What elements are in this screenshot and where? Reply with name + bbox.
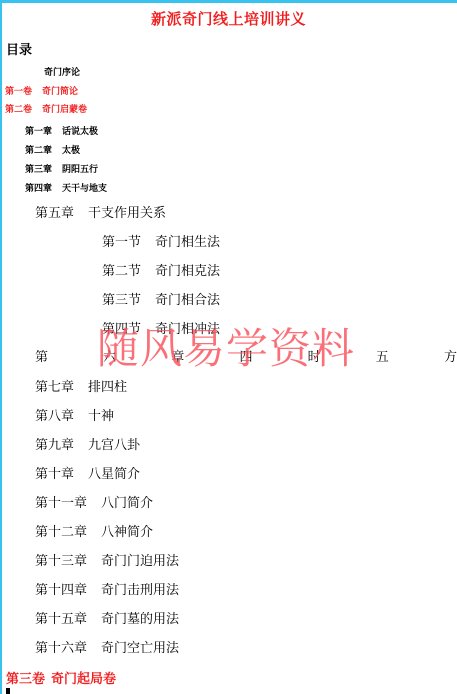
- chapter-number: 第二章: [25, 146, 52, 156]
- section-title: 奇门相合法: [155, 293, 220, 308]
- chapter-number: 第八章: [35, 409, 74, 424]
- toc-chapter-11[interactable]: 第十一章八门简介: [35, 492, 153, 511]
- chapter-number: 第十章: [35, 467, 74, 482]
- toc-chapter-12[interactable]: 第十二章八神简介: [35, 521, 153, 540]
- toc-section-3[interactable]: 第三节奇门相合法: [102, 289, 220, 308]
- chapter-6-char: 第: [35, 346, 48, 365]
- chapter-title: 阴阳五行: [62, 165, 98, 175]
- toc-chapter-15[interactable]: 第十五章奇门墓的用法: [35, 608, 179, 627]
- section-number: 第一节: [102, 235, 141, 250]
- toc-volume-3[interactable]: 第三卷奇门起局卷: [6, 668, 116, 687]
- section-number: 第三节: [102, 293, 141, 308]
- document-title: 新派奇门线上培训讲义: [0, 8, 457, 29]
- volume-title: 奇门起局卷: [51, 672, 116, 687]
- toc-section-1[interactable]: 第一节奇门相生法: [102, 231, 220, 250]
- toc-chapter-1[interactable]: 第一章话说太极: [25, 124, 98, 137]
- volume-number: 第三卷: [6, 672, 45, 687]
- chapter-number: 第十三章: [35, 554, 87, 569]
- toc-item-preface[interactable]: 奇门序论: [44, 65, 80, 78]
- chapter-title: 话说太极: [62, 127, 98, 137]
- chapter-title: 奇门空亡用法: [101, 641, 179, 656]
- toc-chapter-3[interactable]: 第三章阴阳五行: [25, 162, 98, 175]
- chapter-title: 八神简介: [101, 525, 153, 540]
- watermark: 随风易学资料: [97, 316, 355, 376]
- toc-chapter-9[interactable]: 第九章九宫八卦: [35, 434, 140, 453]
- section-title: 奇门相克法: [155, 264, 220, 279]
- section-title: 奇门相生法: [155, 235, 220, 250]
- chapter-title: 八门简介: [101, 496, 153, 511]
- toc-chapter-14[interactable]: 第十四章奇门击刑用法: [35, 579, 179, 598]
- toc-volume-2[interactable]: 第二卷奇门启蒙卷: [5, 102, 87, 115]
- chapter-number: 第七章: [35, 380, 74, 395]
- toc-chapter-13[interactable]: 第十三章奇门门迫用法: [35, 550, 179, 569]
- chapter-number: 第十六章: [35, 641, 87, 656]
- toc-volume-1[interactable]: 第一卷奇门简论: [5, 84, 78, 97]
- chapter-6-char: 方: [444, 346, 457, 365]
- toc-heading: 目录: [6, 39, 32, 58]
- toc-section-2[interactable]: 第二节奇门相克法: [102, 260, 220, 279]
- chapter-number: 第十二章: [35, 525, 87, 540]
- toc-chapter-4[interactable]: 第四章天干与地支: [25, 181, 107, 194]
- chapter-number: 第四章: [25, 184, 52, 194]
- chapter-title: 天干与地支: [62, 184, 107, 194]
- volume-number: 第二卷: [5, 105, 32, 115]
- chapter-number: 第十一章: [35, 496, 87, 511]
- chapter-title: 奇门门迫用法: [101, 554, 179, 569]
- volume-title: 奇门简论: [42, 87, 78, 97]
- chapter-title: 奇门击刑用法: [101, 583, 179, 598]
- toc-chapter-10[interactable]: 第十章八星简介: [35, 463, 140, 482]
- chapter-number: 第九章: [35, 438, 74, 453]
- chapter-number: 第十四章: [35, 583, 87, 598]
- chapter-title: 奇门墓的用法: [101, 612, 179, 627]
- chapter-6-char: 五: [376, 346, 389, 365]
- toc-chapter-2[interactable]: 第二章太极: [25, 143, 80, 156]
- volume-title: 奇门启蒙卷: [42, 105, 87, 115]
- volume-number: 第一卷: [5, 87, 32, 97]
- chapter-number: 第三章: [25, 165, 52, 175]
- chapter-title: 九宫八卦: [88, 438, 140, 453]
- chapter-title: 排四柱: [88, 380, 127, 395]
- toc-chapter-16[interactable]: 第十六章奇门空亡用法: [35, 637, 179, 656]
- toc-chapter-7[interactable]: 第七章排四柱: [35, 376, 127, 395]
- chapter-number: 第五章: [35, 206, 74, 221]
- section-number: 第二节: [102, 264, 141, 279]
- chapter-number: 第十五章: [35, 612, 87, 627]
- chapter-title: 干支作用关系: [88, 206, 166, 221]
- chapter-title: 太极: [62, 146, 80, 156]
- toc-chapter-8[interactable]: 第八章十神: [35, 405, 114, 424]
- chapter-number: 第一章: [25, 127, 52, 137]
- chapter-title: 八星简介: [88, 467, 140, 482]
- toc-chapter-5[interactable]: 第五章干支作用关系: [35, 202, 166, 221]
- chapter-title: 十神: [88, 409, 114, 424]
- cut-off-text-fragment: [6, 688, 10, 694]
